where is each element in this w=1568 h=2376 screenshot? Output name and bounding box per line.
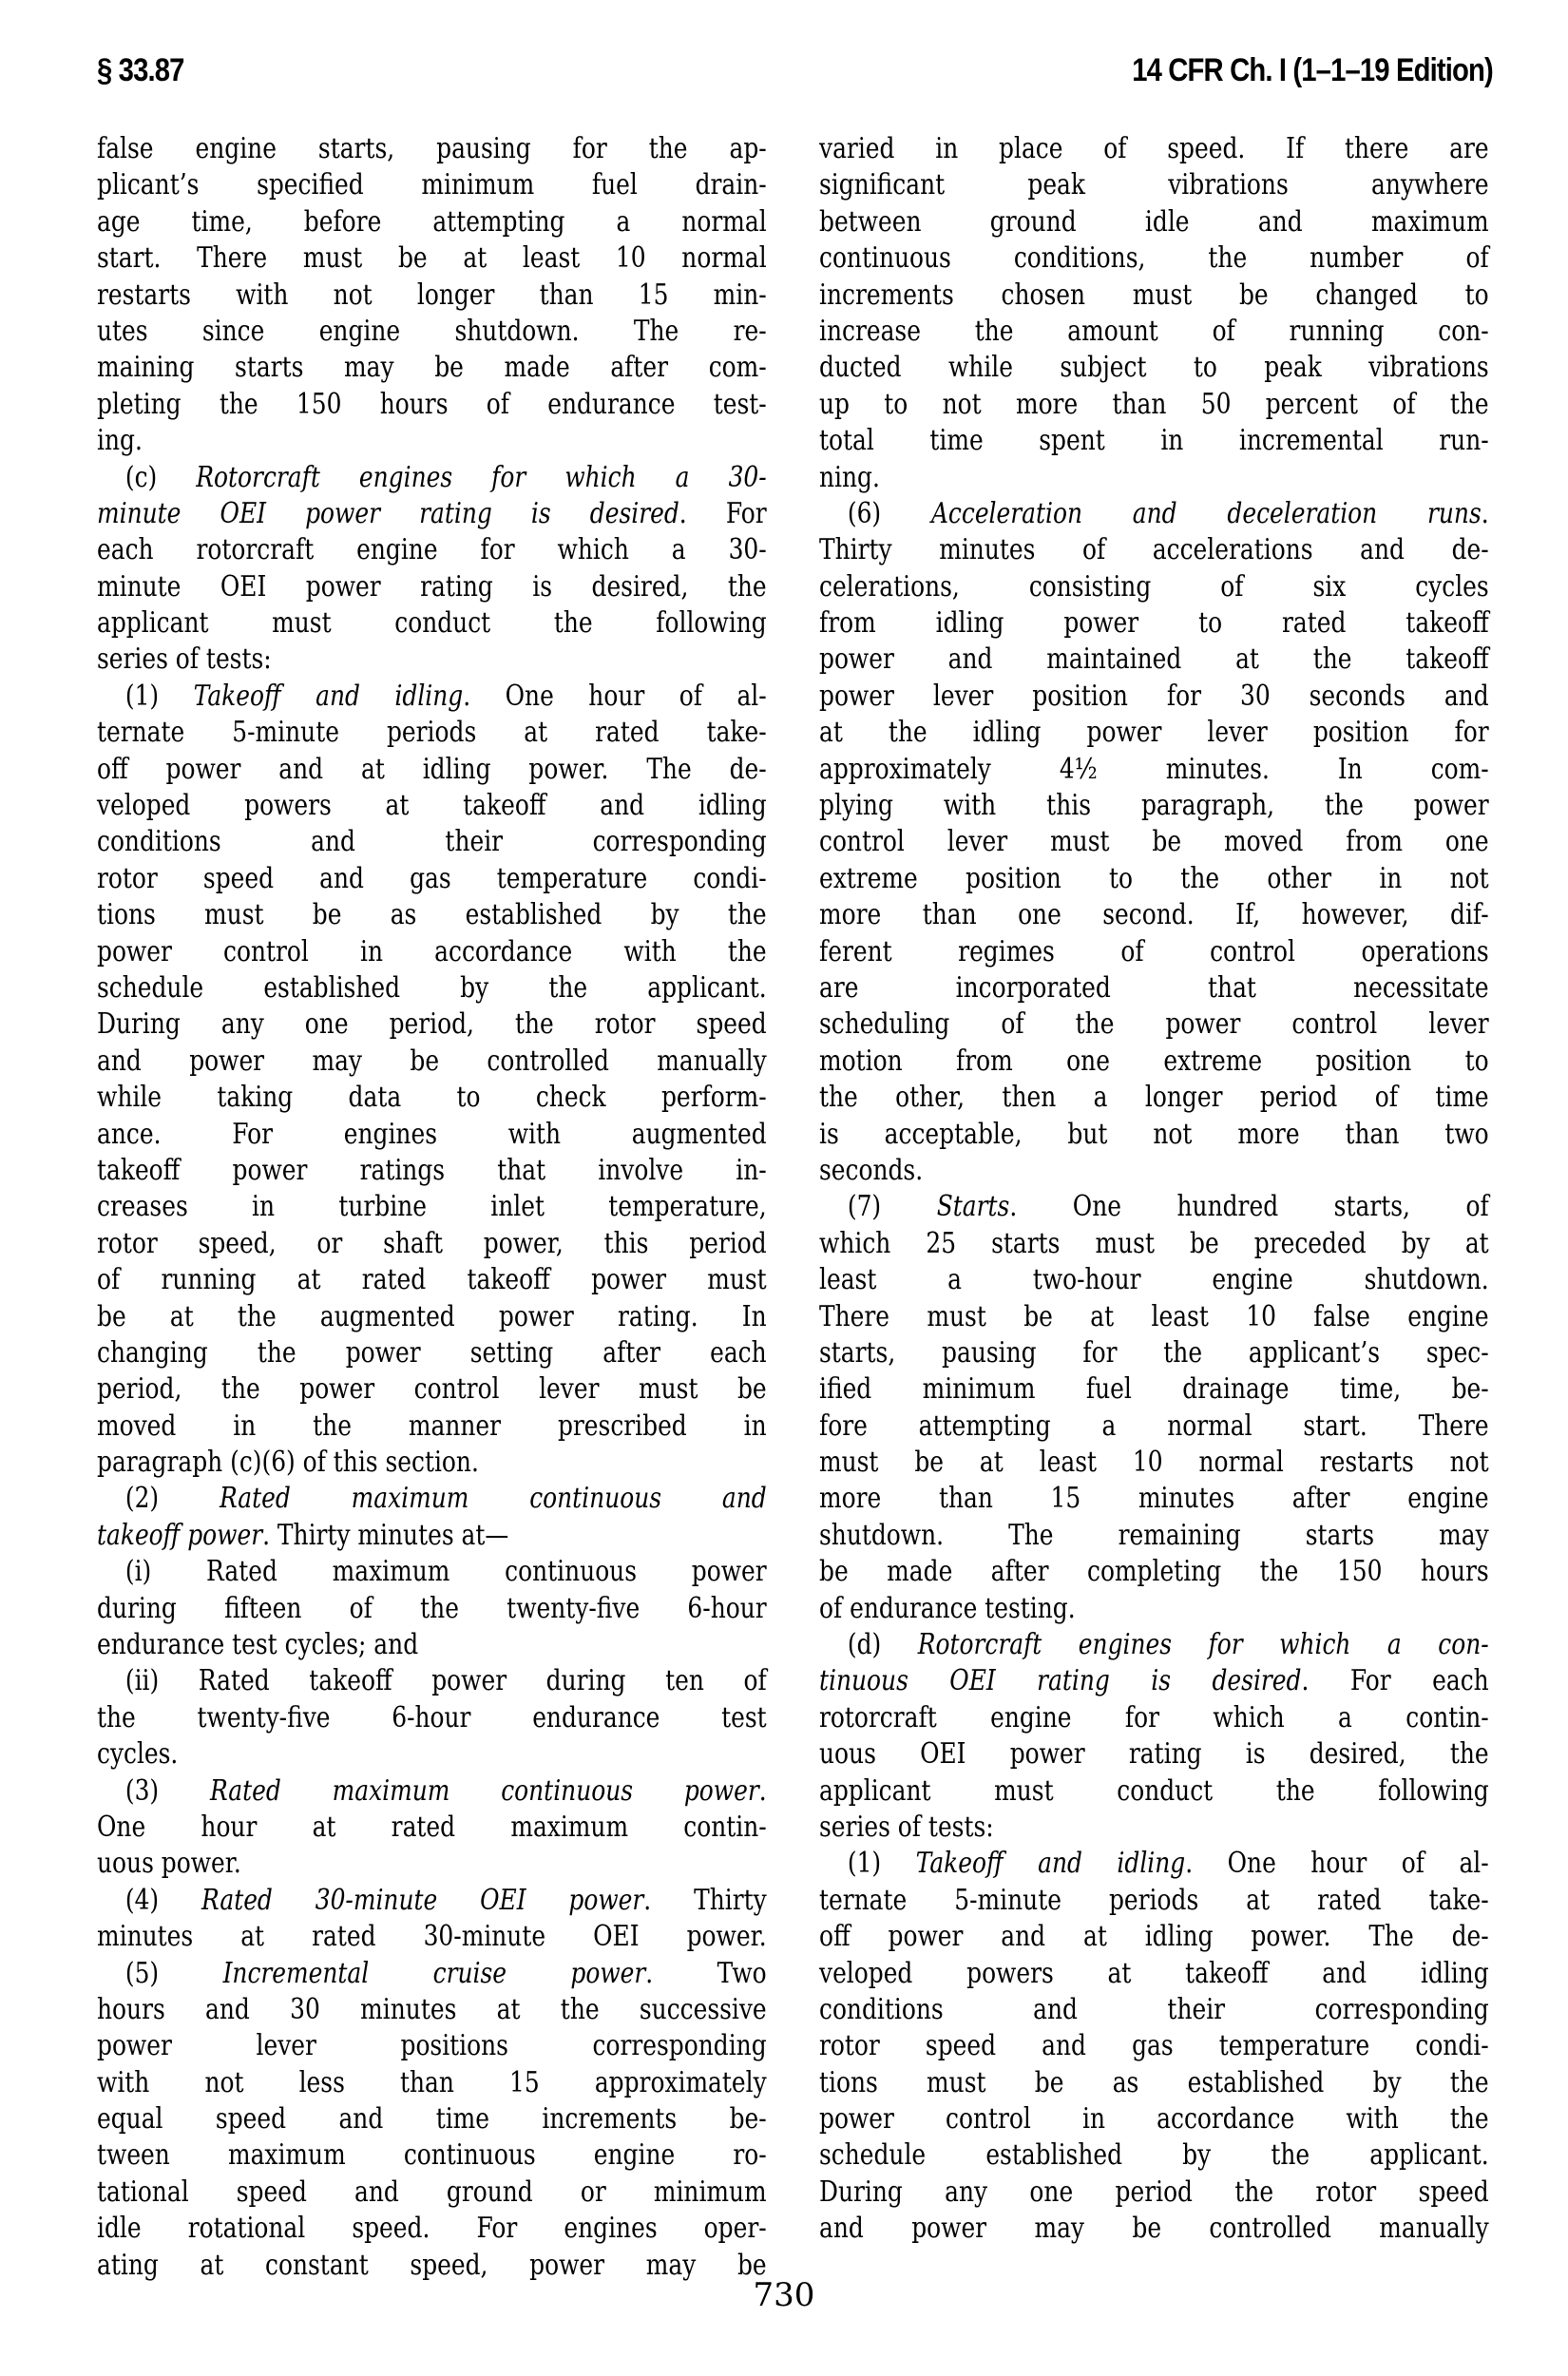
text-line: (1) Takeoff and idling. One hour of al- bbox=[819, 1846, 1489, 1882]
line-text: significant peak vibrations anywhere bbox=[819, 168, 1489, 201]
line-text: fore attempting a normal start. There bbox=[819, 1409, 1489, 1443]
line-text: during fifteen of the twenty-five 6-hour bbox=[97, 1592, 767, 1625]
line-text: plying with this paragraph, the power bbox=[819, 789, 1489, 822]
text-line: the other, then a longer period of time bbox=[819, 1080, 1489, 1116]
line-text: During any one period, the rotor speed bbox=[97, 1007, 767, 1041]
text-line: starts, pausing for the applicant’s spec… bbox=[819, 1335, 1489, 1371]
line-text: veloped powers at takeoff and idling bbox=[97, 789, 767, 822]
text-line: and power may be controlled manually bbox=[819, 2211, 1489, 2247]
line-text: extreme position to the other in not bbox=[819, 862, 1489, 895]
text-line: between ground idle and maximum bbox=[819, 204, 1489, 240]
line-text: applicant must conduct the following bbox=[97, 606, 767, 640]
text-line: power lever position for 30 seconds and bbox=[819, 679, 1489, 715]
text-line: continuous conditions, the number of bbox=[819, 240, 1489, 277]
line-text: tational speed and ground or minimum bbox=[97, 2175, 767, 2209]
line-text: least a two-hour engine shutdown. bbox=[819, 1263, 1489, 1296]
line-text: seconds. bbox=[819, 1154, 923, 1187]
line-text: veloped powers at takeoff and idling bbox=[819, 1957, 1489, 1990]
text-line: applicant must conduct the following bbox=[819, 1773, 1489, 1810]
text-line: while taking data to check perform- bbox=[97, 1080, 767, 1116]
line-text: age time, before attempting a normal bbox=[97, 205, 767, 239]
line-text: from idling power to rated takeoff bbox=[819, 606, 1489, 640]
line-text: . Thirty bbox=[643, 1884, 766, 1917]
text-line: Thirty minutes of accelerations and de- bbox=[819, 532, 1489, 568]
line-text: maining starts may be made after com- bbox=[97, 351, 767, 384]
document-page: § 33.87 14 CFR Ch. I (1–1–19 Edition) fa… bbox=[0, 0, 1568, 2376]
text-line: equal speed and time increments be- bbox=[97, 2101, 767, 2137]
text-line: changing the power setting after each bbox=[97, 1335, 767, 1371]
text-line: tinuous OEI rating is desired. For each bbox=[819, 1663, 1489, 1699]
line-text: (ii) Rated takeoff power during ten of bbox=[125, 1664, 767, 1697]
line-text: which 25 starts must be preceded by at bbox=[819, 1227, 1489, 1260]
text-line: ance. For engines with augmented bbox=[97, 1117, 767, 1153]
line-text: varied in place of speed. If there are bbox=[819, 132, 1489, 165]
line-text: rotor speed and gas temperature condi- bbox=[97, 862, 767, 895]
line-text: conditions and their corresponding bbox=[97, 825, 767, 858]
text-line: There must be at least 10 false engine bbox=[819, 1299, 1489, 1335]
text-line: increase the amount of running con- bbox=[819, 314, 1489, 350]
text-line: is acceptable, but not more than two bbox=[819, 1117, 1489, 1153]
text-line: be made after completing the 150 hours bbox=[819, 1554, 1489, 1590]
line-text: (2) bbox=[125, 1482, 220, 1515]
text-line: up to not more than 50 percent of the bbox=[819, 387, 1489, 423]
line-text: ferent regimes of control operations bbox=[819, 935, 1489, 968]
text-line: (2) Rated maximum continuous and bbox=[97, 1481, 767, 1517]
line-text: each rotorcraft engine for which a 30- bbox=[97, 533, 767, 566]
line-text: series of tests: bbox=[819, 1811, 994, 1844]
line-text: increments chosen must be changed to bbox=[819, 278, 1489, 312]
line-text: (6) bbox=[848, 497, 931, 530]
text-line: rotor speed and gas temperature condi- bbox=[97, 861, 767, 897]
text-line: (ii) Rated takeoff power during ten of bbox=[97, 1663, 767, 1699]
text-line: ferent regimes of control operations bbox=[819, 934, 1489, 970]
text-line: During any one period, the rotor speed bbox=[97, 1006, 767, 1043]
text-line: conditions and their corresponding bbox=[97, 824, 767, 860]
text-line: hours and 30 minutes at the successive bbox=[97, 1992, 767, 2028]
text-line: false engine starts, pausing for the ap- bbox=[97, 131, 767, 167]
line-text: . Two bbox=[645, 1957, 766, 1990]
line-text: . Thirty minutes at— bbox=[262, 1519, 508, 1552]
italic-heading: Rated maximum continuous power bbox=[210, 1774, 759, 1808]
italic-heading: Rated 30-minute OEI power bbox=[201, 1884, 643, 1917]
text-line: shutdown. The remaining starts may bbox=[819, 1518, 1489, 1554]
text-line: endurance test cycles; and bbox=[97, 1627, 767, 1663]
text-line: schedule established by the applicant. bbox=[819, 2137, 1489, 2174]
line-text: power lever position for 30 seconds and bbox=[819, 680, 1489, 713]
line-text: ing. bbox=[97, 424, 143, 457]
line-text: be at the augmented power rating. In bbox=[97, 1300, 767, 1333]
right-column: varied in place of speed. If there aresi… bbox=[819, 131, 1489, 2248]
section-number: § 33.87 bbox=[97, 52, 184, 89]
text-line: age time, before attempting a normal bbox=[97, 204, 767, 240]
text-line: minute OEI power rating is desired, the bbox=[97, 569, 767, 605]
text-line: power control in accordance with the bbox=[97, 934, 767, 970]
line-text: increase the amount of running con- bbox=[819, 315, 1489, 348]
text-line: ducted while subject to peak vibrations bbox=[819, 350, 1489, 386]
text-line: start. There must be at least 10 normal bbox=[97, 240, 767, 277]
line-text: up to not more than 50 percent of the bbox=[819, 388, 1489, 421]
line-text: changing the power setting after each bbox=[97, 1336, 767, 1370]
italic-heading: Starts bbox=[937, 1190, 1010, 1223]
text-line: of endurance testing. bbox=[819, 1591, 1489, 1627]
line-text: ternate 5-minute periods at rated take- bbox=[97, 716, 767, 749]
text-line: (4) Rated 30-minute OEI power. Thirty bbox=[97, 1883, 767, 1919]
text-line: motion from one extreme position to bbox=[819, 1044, 1489, 1080]
text-line: during fifteen of the twenty-five 6-hour bbox=[97, 1591, 767, 1627]
line-text: pleting the 150 hours of endurance test- bbox=[97, 388, 767, 421]
line-text: power and maintained at the takeoff bbox=[819, 642, 1489, 676]
line-text: . For bbox=[679, 497, 767, 530]
text-line: power and maintained at the takeoff bbox=[819, 642, 1489, 678]
text-line: idle rotational speed. For engines oper- bbox=[97, 2211, 767, 2247]
text-line: increments chosen must be changed to bbox=[819, 278, 1489, 314]
running-head: § 33.87 14 CFR Ch. I (1–1–19 Edition) bbox=[97, 52, 1296, 100]
text-line: scheduling of the power control lever bbox=[819, 1006, 1489, 1043]
text-line: tween maximum continuous engine ro- bbox=[97, 2137, 767, 2174]
line-text: cycles. bbox=[97, 1737, 178, 1771]
line-text: of running at rated takeoff power must bbox=[97, 1263, 767, 1296]
line-text: start. There must be at least 10 normal bbox=[97, 241, 767, 275]
line-text: and power may be controlled manually bbox=[819, 2212, 1489, 2245]
line-text: equal speed and time increments be- bbox=[97, 2102, 767, 2136]
line-text: endurance test cycles; and bbox=[97, 1628, 418, 1661]
line-text: tions must be as established by the bbox=[819, 2066, 1489, 2099]
line-text: hours and 30 minutes at the successive bbox=[97, 1993, 767, 2026]
italic-heading: Incremental cruise power bbox=[223, 1957, 646, 1990]
line-text: be made after completing the 150 hours bbox=[819, 1555, 1489, 1588]
line-text: minute OEI power rating is desired, the bbox=[97, 570, 767, 604]
line-text: (4) bbox=[125, 1884, 201, 1917]
text-line: significant peak vibrations anywhere bbox=[819, 167, 1489, 203]
text-line: tational speed and ground or minimum bbox=[97, 2175, 767, 2211]
line-text: takeoff power ratings that involve in- bbox=[97, 1154, 767, 1187]
text-line: fore attempting a normal start. There bbox=[819, 1408, 1489, 1445]
line-text: rotor speed and gas temperature condi- bbox=[819, 2029, 1489, 2062]
text-line: more than one second. If, however, dif- bbox=[819, 897, 1489, 933]
line-text: power lever positions corresponding bbox=[97, 2029, 767, 2062]
line-text: celerations, consisting of six cycles bbox=[819, 570, 1489, 604]
text-line: maining starts may be made after com- bbox=[97, 350, 767, 386]
line-text: approximately 4½ minutes. In com- bbox=[819, 753, 1489, 786]
line-text: moved in the manner prescribed in bbox=[97, 1409, 767, 1443]
text-line: series of tests: bbox=[819, 1810, 1489, 1846]
line-text: paragraph (c)(6) of this section. bbox=[97, 1446, 479, 1479]
line-text: are incorporated that necessitate bbox=[819, 971, 1489, 1005]
line-text: off power and at idling power. The de- bbox=[97, 753, 767, 786]
line-text: the twenty-five 6-hour endurance test bbox=[97, 1701, 767, 1734]
italic-heading: Rotorcraft engines for which a 30- bbox=[196, 461, 766, 494]
line-text: (1) bbox=[125, 680, 194, 713]
text-line: rotor speed and gas temperature condi- bbox=[819, 2028, 1489, 2064]
text-line: veloped powers at takeoff and idling bbox=[819, 1956, 1489, 1992]
italic-heading: minute OEI power rating is desired bbox=[97, 497, 679, 530]
text-line: (3) Rated maximum continuous power. bbox=[97, 1773, 767, 1810]
text-line: varied in place of speed. If there are bbox=[819, 131, 1489, 167]
line-text: (i) Rated maximum continuous power bbox=[125, 1555, 767, 1588]
line-text: restarts with not longer than 15 min- bbox=[97, 278, 767, 312]
text-line: control lever must be moved from one bbox=[819, 824, 1489, 860]
line-text: (c) bbox=[125, 461, 196, 494]
line-text: period, the power control lever must be bbox=[97, 1372, 767, 1406]
line-text: series of tests: bbox=[97, 642, 272, 676]
italic-heading: Takeoff and idling bbox=[916, 1847, 1186, 1880]
text-line: more than 15 minutes after engine bbox=[819, 1481, 1489, 1517]
text-line: conditions and their corresponding bbox=[819, 1992, 1489, 2028]
line-text: power control in accordance with the bbox=[819, 2102, 1489, 2136]
line-text: tween maximum continuous engine ro- bbox=[97, 2138, 767, 2172]
publication-title: 14 CFR Ch. I (1–1–19 Edition) bbox=[1132, 52, 1493, 89]
line-text: total time spent in incremental run- bbox=[819, 424, 1489, 457]
line-text: idle rotational speed. For engines oper- bbox=[97, 2212, 767, 2245]
text-line: are incorporated that necessitate bbox=[819, 970, 1489, 1006]
line-text: false engine starts, pausing for the ap- bbox=[97, 132, 767, 165]
line-text: control lever must be moved from one bbox=[819, 825, 1489, 858]
italic-heading: tinuous OEI rating is desired bbox=[819, 1664, 1301, 1697]
italic-heading: Acceleration and deceleration runs bbox=[931, 497, 1482, 530]
text-line: ning. bbox=[819, 460, 1489, 496]
line-text: During any one period the rotor speed bbox=[819, 2175, 1489, 2209]
text-line: plicant’s specified minimum fuel drain- bbox=[97, 167, 767, 203]
text-line: tions must be as established by the bbox=[819, 2065, 1489, 2101]
text-line: (c) Rotorcraft engines for which a 30- bbox=[97, 460, 767, 496]
line-text: uous power. bbox=[97, 1847, 241, 1880]
text-line: the twenty-five 6-hour endurance test bbox=[97, 1700, 767, 1736]
line-text: . One hour of al- bbox=[463, 680, 766, 713]
text-line: extreme position to the other in not bbox=[819, 861, 1489, 897]
text-line: ified minimum fuel drainage time, be- bbox=[819, 1371, 1489, 1408]
text-line: paragraph (c)(6) of this section. bbox=[97, 1445, 767, 1481]
text-line: uous OEI power rating is desired, the bbox=[819, 1736, 1489, 1772]
text-line: approximately 4½ minutes. In com- bbox=[819, 752, 1489, 788]
line-text: One hour at rated maximum contin- bbox=[97, 1811, 767, 1844]
text-line: rotor speed, or shaft power, this period bbox=[97, 1226, 767, 1262]
line-text: ified minimum fuel drainage time, be- bbox=[819, 1372, 1489, 1406]
line-text: and power may be controlled manually bbox=[97, 1044, 767, 1078]
text-line: rotorcraft engine for which a contin- bbox=[819, 1700, 1489, 1736]
line-text: shutdown. The remaining starts may bbox=[819, 1519, 1489, 1552]
text-line: (7) Starts. One hundred starts, of bbox=[819, 1189, 1489, 1225]
line-text: (5) bbox=[125, 1957, 223, 1990]
line-text: Thirty minutes of accelerations and de- bbox=[819, 533, 1489, 566]
text-line: must be at least 10 normal restarts not bbox=[819, 1445, 1489, 1481]
text-line: power lever positions corresponding bbox=[97, 2028, 767, 2064]
text-line: minutes at rated 30-minute OEI power. bbox=[97, 1919, 767, 1955]
text-line: tions must be as established by the bbox=[97, 897, 767, 933]
line-text: minutes at rated 30-minute OEI power. bbox=[97, 1920, 767, 1953]
line-text: rotor speed, or shaft power, this period bbox=[97, 1227, 767, 1260]
line-text: scheduling of the power control lever bbox=[819, 1007, 1489, 1041]
text-line: During any one period the rotor speed bbox=[819, 2175, 1489, 2211]
text-line: be at the augmented power rating. In bbox=[97, 1299, 767, 1335]
text-line: cycles. bbox=[97, 1736, 767, 1772]
line-text: (7) bbox=[848, 1190, 937, 1223]
line-text: . bbox=[759, 1774, 767, 1808]
text-line: (6) Acceleration and deceleration runs. bbox=[819, 496, 1489, 532]
text-line: series of tests: bbox=[97, 642, 767, 678]
line-text: There must be at least 10 false engine bbox=[819, 1300, 1489, 1333]
text-line: takeoff power ratings that involve in- bbox=[97, 1153, 767, 1189]
text-line: uous power. bbox=[97, 1846, 767, 1882]
line-text: schedule established by the applicant. bbox=[97, 971, 767, 1005]
text-line: at the idling power lever position for bbox=[819, 715, 1489, 751]
text-line: takeoff power. Thirty minutes at— bbox=[97, 1518, 767, 1554]
text-line: seconds. bbox=[819, 1153, 1489, 1189]
line-text: continuous conditions, the number of bbox=[819, 241, 1489, 275]
line-text: rotorcraft engine for which a contin- bbox=[819, 1701, 1489, 1734]
page-number: 730 bbox=[0, 2276, 1568, 2314]
text-line: power control in accordance with the bbox=[819, 2101, 1489, 2137]
line-text: power control in accordance with the bbox=[97, 935, 767, 968]
line-text: utes since engine shutdown. The re- bbox=[97, 315, 767, 348]
line-text: while taking data to check perform- bbox=[97, 1081, 767, 1114]
line-text: (d) bbox=[848, 1628, 918, 1661]
line-text: (1) bbox=[848, 1847, 916, 1880]
line-text: more than 15 minutes after engine bbox=[819, 1482, 1489, 1515]
text-line: utes since engine shutdown. The re- bbox=[97, 314, 767, 350]
line-text: starts, pausing for the applicant’s spec… bbox=[819, 1336, 1489, 1370]
line-text: more than one second. If, however, dif- bbox=[819, 898, 1489, 931]
line-text: creases in turbine inlet temperature, bbox=[97, 1190, 767, 1223]
text-line: moved in the manner prescribed in bbox=[97, 1408, 767, 1445]
text-line: period, the power control lever must be bbox=[97, 1371, 767, 1408]
text-line: ing. bbox=[97, 423, 767, 459]
text-line: which 25 starts must be preceded by at bbox=[819, 1226, 1489, 1262]
text-line: least a two-hour engine shutdown. bbox=[819, 1262, 1489, 1298]
text-line: ternate 5-minute periods at rated take- bbox=[97, 715, 767, 751]
line-text: plicant’s specified minimum fuel drain- bbox=[97, 168, 767, 201]
text-line: minute OEI power rating is desired. For bbox=[97, 496, 767, 532]
line-text: ning. bbox=[819, 461, 880, 494]
left-column: false engine starts, pausing for the ap-… bbox=[97, 131, 767, 2284]
text-line: (i) Rated maximum continuous power bbox=[97, 1554, 767, 1590]
text-line: (d) Rotorcraft engines for which a con- bbox=[819, 1627, 1489, 1663]
text-line: schedule established by the applicant. bbox=[97, 970, 767, 1006]
line-text: off power and at idling power. The de- bbox=[819, 1920, 1489, 1953]
line-text: with not less than 15 approximately bbox=[97, 2066, 767, 2099]
text-line: applicant must conduct the following bbox=[97, 605, 767, 642]
text-line: (1) Takeoff and idling. One hour of al- bbox=[97, 679, 767, 715]
text-line: plying with this paragraph, the power bbox=[819, 788, 1489, 824]
text-line: celerations, consisting of six cycles bbox=[819, 569, 1489, 605]
italic-heading: Takeoff and idling bbox=[194, 680, 464, 713]
italic-heading: takeoff power bbox=[97, 1519, 262, 1552]
line-text: is acceptable, but not more than two bbox=[819, 1118, 1489, 1151]
line-text: between ground idle and maximum bbox=[819, 205, 1489, 239]
line-text: at the idling power lever position for bbox=[819, 716, 1489, 749]
line-text: tions must be as established by the bbox=[97, 898, 767, 931]
italic-heading: Rated maximum continuous and bbox=[220, 1482, 767, 1515]
text-line: off power and at idling power. The de- bbox=[97, 752, 767, 788]
line-text: of endurance testing. bbox=[819, 1592, 1076, 1625]
line-text: . One hour of al- bbox=[1185, 1847, 1488, 1880]
text-line: from idling power to rated takeoff bbox=[819, 605, 1489, 642]
line-text: the other, then a longer period of time bbox=[819, 1081, 1489, 1114]
text-line: pleting the 150 hours of endurance test- bbox=[97, 387, 767, 423]
line-text: . bbox=[1482, 497, 1489, 530]
text-line: creases in turbine inlet temperature, bbox=[97, 1189, 767, 1225]
text-line: off power and at idling power. The de- bbox=[819, 1919, 1489, 1955]
text-line: each rotorcraft engine for which a 30- bbox=[97, 532, 767, 568]
line-text: motion from one extreme position to bbox=[819, 1044, 1489, 1078]
line-text: schedule established by the applicant. bbox=[819, 2138, 1489, 2172]
text-line: veloped powers at takeoff and idling bbox=[97, 788, 767, 824]
line-text: ducted while subject to peak vibrations bbox=[819, 351, 1489, 384]
line-text: . One hundred starts, of bbox=[1009, 1190, 1488, 1223]
line-text: ance. For engines with augmented bbox=[97, 1118, 767, 1151]
text-line: total time spent in incremental run- bbox=[819, 423, 1489, 459]
line-text: uous OEI power rating is desired, the bbox=[819, 1737, 1489, 1771]
text-line: (5) Incremental cruise power. Two bbox=[97, 1956, 767, 1992]
line-text: applicant must conduct the following bbox=[819, 1774, 1489, 1808]
text-line: of running at rated takeoff power must bbox=[97, 1262, 767, 1298]
text-line: with not less than 15 approximately bbox=[97, 2065, 767, 2101]
line-text: ternate 5-minute periods at rated take- bbox=[819, 1884, 1489, 1917]
text-line: and power may be controlled manually bbox=[97, 1044, 767, 1080]
text-line: One hour at rated maximum contin- bbox=[97, 1810, 767, 1846]
line-text: . For each bbox=[1301, 1664, 1488, 1697]
text-line: ternate 5-minute periods at rated take- bbox=[819, 1883, 1489, 1919]
line-text: conditions and their corresponding bbox=[819, 1993, 1489, 2026]
text-line: restarts with not longer than 15 min- bbox=[97, 278, 767, 314]
italic-heading: Rotorcraft engines for which a con- bbox=[918, 1628, 1489, 1661]
line-text: (3) bbox=[125, 1774, 210, 1808]
line-text: must be at least 10 normal restarts not bbox=[819, 1446, 1489, 1479]
